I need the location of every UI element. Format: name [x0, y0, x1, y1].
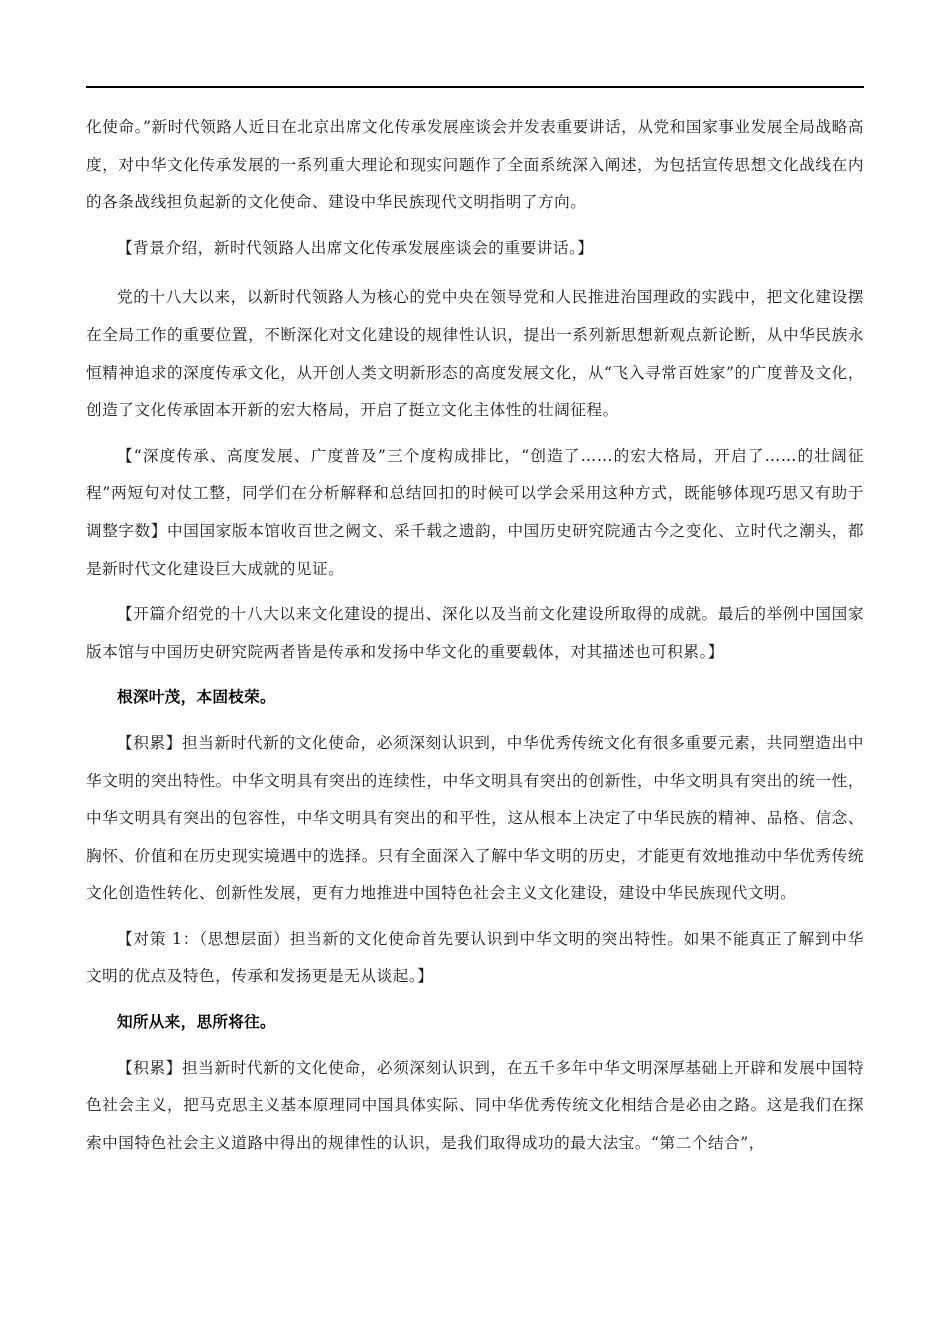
annotation-opening-summary: 【开篇介绍党的十八大以来文化建设的提出、深化以及当前文化建设所取得的成就。最后的… — [86, 596, 864, 671]
paragraph-culture-development: 党的十八大以来，以新时代领路人为核心的党中央在领导党和人民推进治国理政的实践中，… — [86, 279, 864, 429]
section-heading-roots: 根深叶茂，本固枝荣。 — [86, 679, 864, 717]
annotation-parallelism: 【“深度传承、高度发展、广度普及”三个度构成排比，“创造了……的宏大格局，开启了… — [86, 438, 864, 588]
paragraph-intro: 化使命。”新时代领路人近日在北京出席文化传承发展座谈会并发表重要讲话，从党和国家… — [86, 109, 864, 222]
paragraph-accumulation-1: 【积累】担当新时代新的文化使命，必须深刻认识到，中华优秀传统文化有很多重要元素，… — [86, 725, 864, 913]
document-page: 化使命。”新时代领路人近日在北京出席文化传承发展座谈会并发表重要讲话，从党和国家… — [0, 0, 950, 1344]
section-heading-origins: 知所从来，思所将往。 — [86, 1004, 864, 1042]
document-body: 化使命。”新时代领路人近日在北京出席文化传承发展座谈会并发表重要讲话，从党和国家… — [86, 109, 864, 1162]
annotation-background: 【背景介绍，新时代领路人出席文化传承发展座谈会的重要讲话。】 — [86, 230, 864, 268]
paragraph-accumulation-2: 【积累】担当新时代新的文化使命，必须深刻认识到，在五千多年中华文明深厚基础上开辟… — [86, 1050, 864, 1163]
header-rule — [86, 86, 864, 88]
annotation-strategy-1: 【对策 1：（思想层面）担当新的文化使命首先要认识到中华文明的突出特性。如果不能… — [86, 921, 864, 996]
